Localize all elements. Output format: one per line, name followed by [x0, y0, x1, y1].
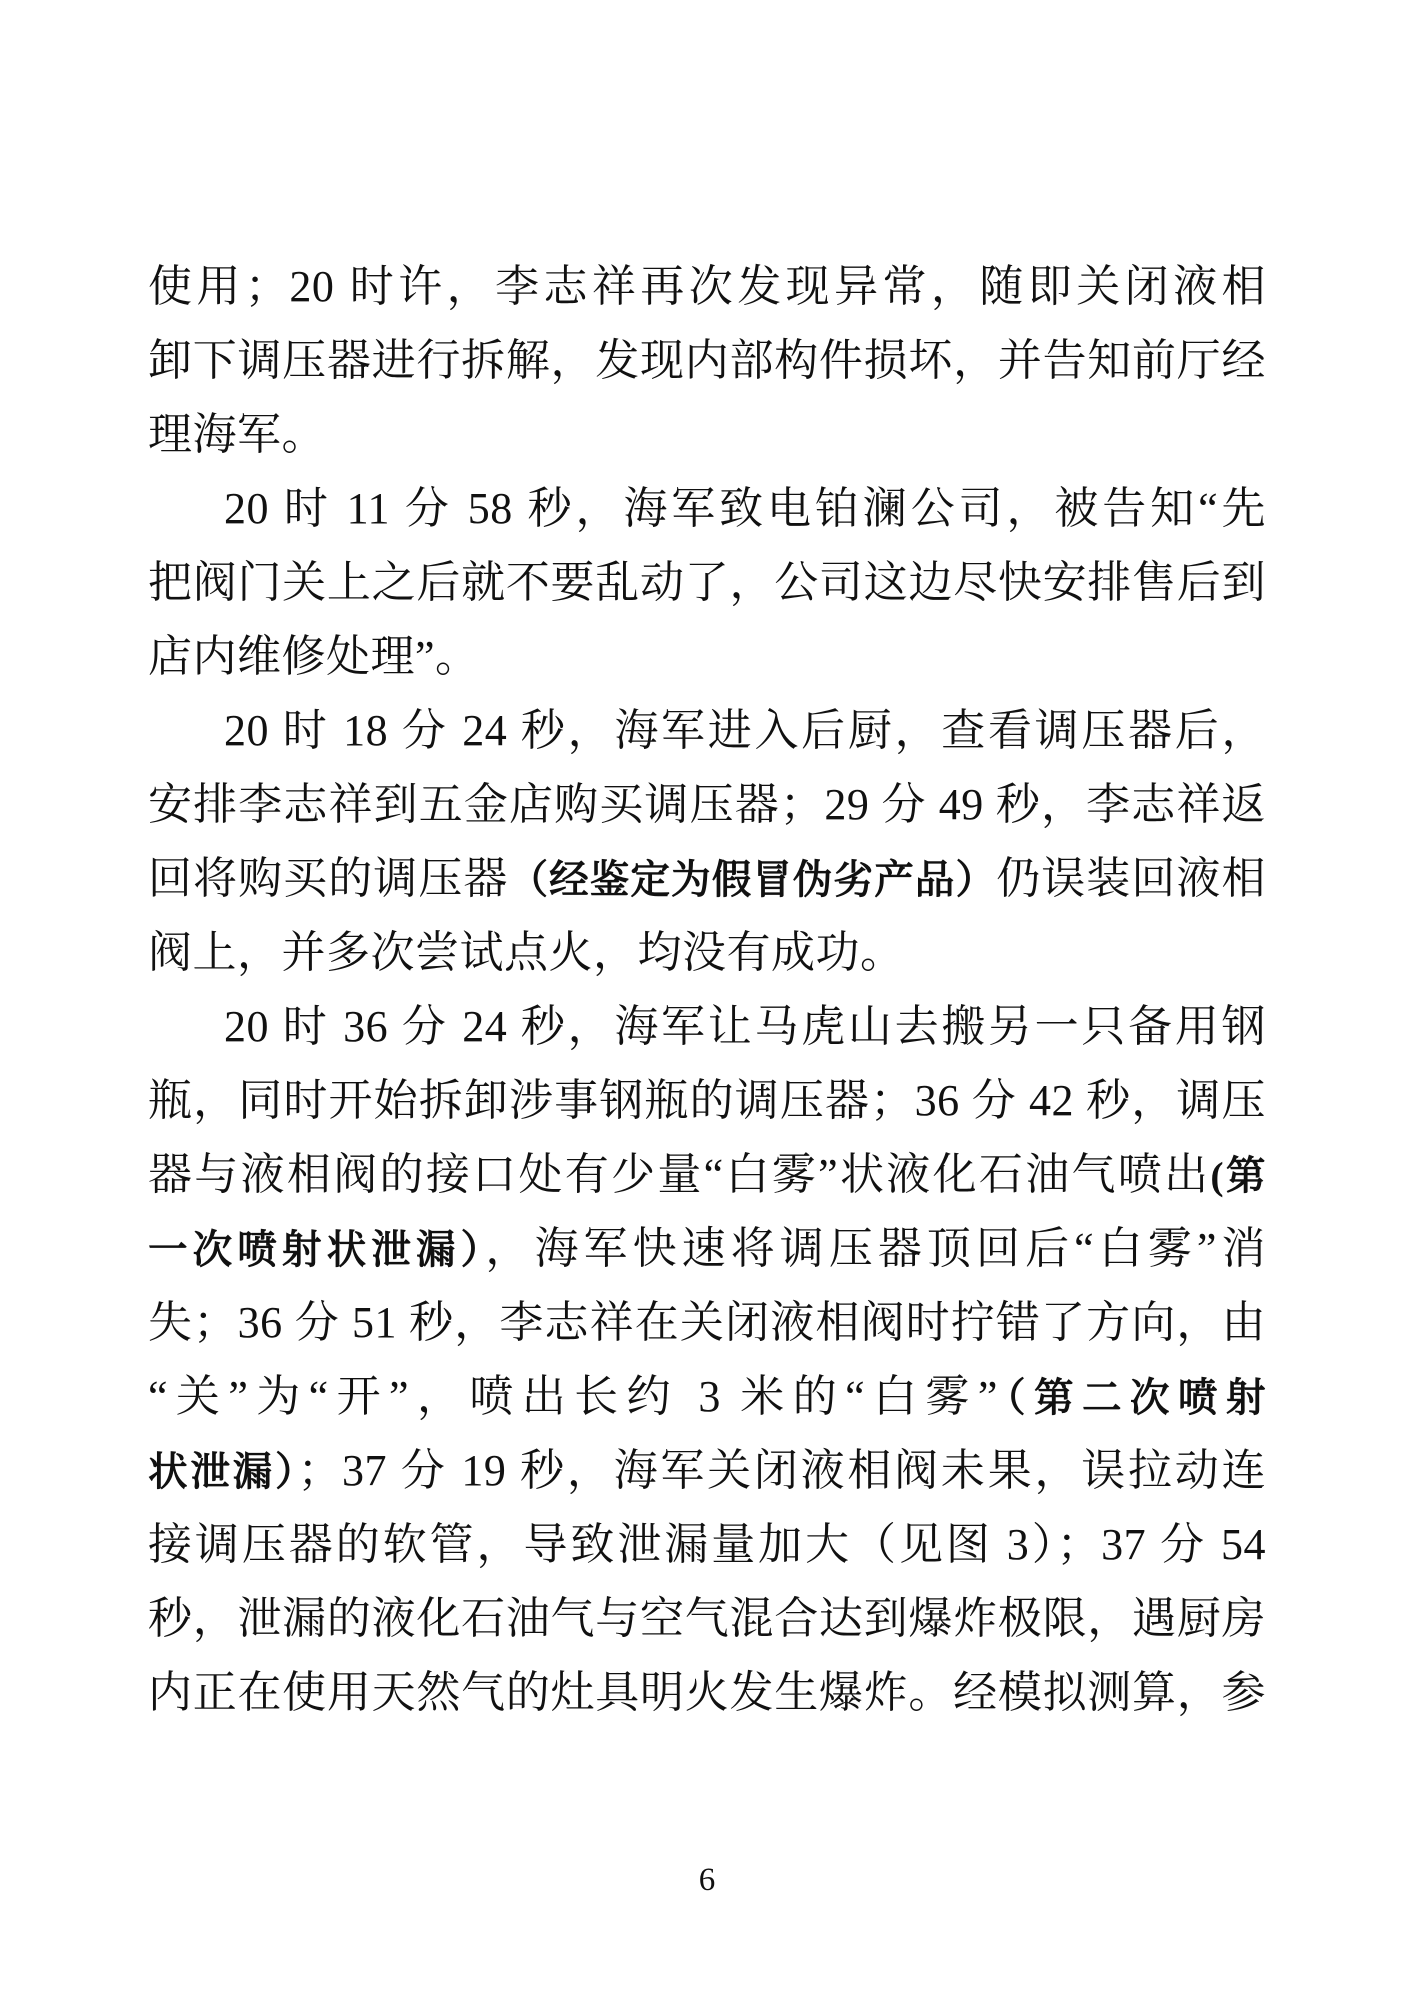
- text-line: 安排李志祥到五金店购买调压器；29 分 49 秒，李志祥返: [148, 768, 1266, 842]
- body-text: 店内维修处理”。: [148, 632, 480, 681]
- body-text: 失；36 分 51 秒，李志祥在关闭液相阀时拧错了方向，由: [148, 1298, 1266, 1347]
- text-line: 理海军。: [148, 398, 1266, 472]
- body-text: 安排李志祥到五金店购买调压器；29 分 49 秒，李志祥返: [148, 780, 1266, 829]
- body-text: 内正在使用天然气的灶具明火发生爆炸。经模拟测算，参: [148, 1668, 1266, 1717]
- body-text: 20 时 36 分 24 秒，海军让马虎山去搬另一只备用钢: [224, 1002, 1266, 1051]
- body-text: 20 时 18 分 24 秒，海军进入后厨，查看调压器后，: [224, 706, 1266, 755]
- text-line: 内正在使用天然气的灶具明火发生爆炸。经模拟测算，参: [148, 1656, 1266, 1730]
- body-text: 使用；20 时许，李志祥再次发现异常，随即关闭液相阀，: [148, 262, 1266, 324]
- body-text: 20 时 11 分 58 秒，海军致电铂澜公司，被告知“先: [224, 484, 1266, 533]
- body-text: 瓶，同时开始拆卸涉事钢瓶的调压器；36 分 42 秒，调压: [148, 1076, 1266, 1125]
- text-body: 使用；20 时许，李志祥再次发现异常，随即关闭液相阀，卸下调压器进行拆解，发现内…: [148, 250, 1266, 1730]
- text-line: 接调压器的软管，导致泄漏量加大（见图 3）；37 分 54: [148, 1508, 1266, 1582]
- text-line: 瓶，同时开始拆卸涉事钢瓶的调压器；36 分 42 秒，调压: [148, 1064, 1266, 1138]
- emphasized-text: （第二次喷射: [998, 1376, 1266, 1420]
- text-line: 回将购买的调压器（经鉴定为假冒伪劣产品）仍误装回液相: [148, 842, 1266, 916]
- body-text: 仍误装回液相: [996, 854, 1266, 903]
- document-page: 使用；20 时许，李志祥再次发现异常，随即关闭液相阀，卸下调压器进行拆解，发现内…: [0, 0, 1414, 2000]
- body-text: 阀上，并多次尝试点火，均没有成功。: [148, 928, 905, 977]
- text-line: 卸下调压器进行拆解，发现内部构件损坏，并告知前厅经: [148, 324, 1266, 398]
- body-text: 理海军。: [148, 410, 326, 459]
- text-line: 失；36 分 51 秒，李志祥在关闭液相阀时拧错了方向，由: [148, 1286, 1266, 1360]
- text-line: 阀上，并多次尝试点火，均没有成功。: [148, 916, 1266, 990]
- emphasized-text: 状泄漏）: [148, 1450, 298, 1494]
- body-text: 卸下调压器进行拆解，发现内部构件损坏，并告知前厅经: [148, 336, 1266, 385]
- text-line: 一次喷射状泄漏），海军快速将调压器顶回后“白雾”消: [148, 1212, 1266, 1286]
- body-text: 把阀门关上之后就不要乱动了，公司这边尽快安排售后到: [148, 558, 1266, 607]
- body-text: 接调压器的软管，导致泄漏量加大（见图 3）；37 分 54: [148, 1520, 1266, 1569]
- body-text: 回将购买的调压器: [148, 854, 509, 903]
- text-line: 店内维修处理”。: [148, 620, 1266, 694]
- text-line: 使用；20 时许，李志祥再次发现异常，随即关闭液相阀，: [148, 250, 1266, 324]
- emphasized-text: 一次喷射状泄漏）: [148, 1228, 485, 1272]
- body-text: 器与液相阀的接口处有少量“白雾”状液化石油气喷出: [148, 1150, 1210, 1199]
- text-line: “关”为“开”，喷出长约 3 米的“白雾”（第二次喷射: [148, 1360, 1266, 1434]
- text-line: 状泄漏）；37 分 19 秒，海军关闭液相阀未果，误拉动连: [148, 1434, 1266, 1508]
- page-number: 6: [0, 1860, 1414, 1900]
- text-line: 秒，泄漏的液化石油气与空气混合达到爆炸极限，遇厨房: [148, 1582, 1266, 1656]
- emphasized-text: （经鉴定为假冒伪劣产品）: [509, 858, 997, 902]
- body-text: “关”为“开”，喷出长约 3 米的“白雾”: [148, 1372, 998, 1421]
- text-line: 20 时 36 分 24 秒，海军让马虎山去搬另一只备用钢: [148, 990, 1266, 1064]
- body-text: ，海军快速将调压器顶回后“白雾”消: [485, 1224, 1266, 1273]
- body-text: 秒，泄漏的液化石油气与空气混合达到爆炸极限，遇厨房: [148, 1594, 1266, 1643]
- emphasized-text: (第: [1210, 1154, 1266, 1198]
- text-line: 20 时 11 分 58 秒，海军致电铂澜公司，被告知“先: [148, 472, 1266, 546]
- text-line: 把阀门关上之后就不要乱动了，公司这边尽快安排售后到: [148, 546, 1266, 620]
- body-text: ；37 分 19 秒，海军关闭液相阀未果，误拉动连: [298, 1446, 1266, 1495]
- text-line: 器与液相阀的接口处有少量“白雾”状液化石油气喷出(第: [148, 1138, 1266, 1212]
- text-line: 20 时 18 分 24 秒，海军进入后厨，查看调压器后，: [148, 694, 1266, 768]
